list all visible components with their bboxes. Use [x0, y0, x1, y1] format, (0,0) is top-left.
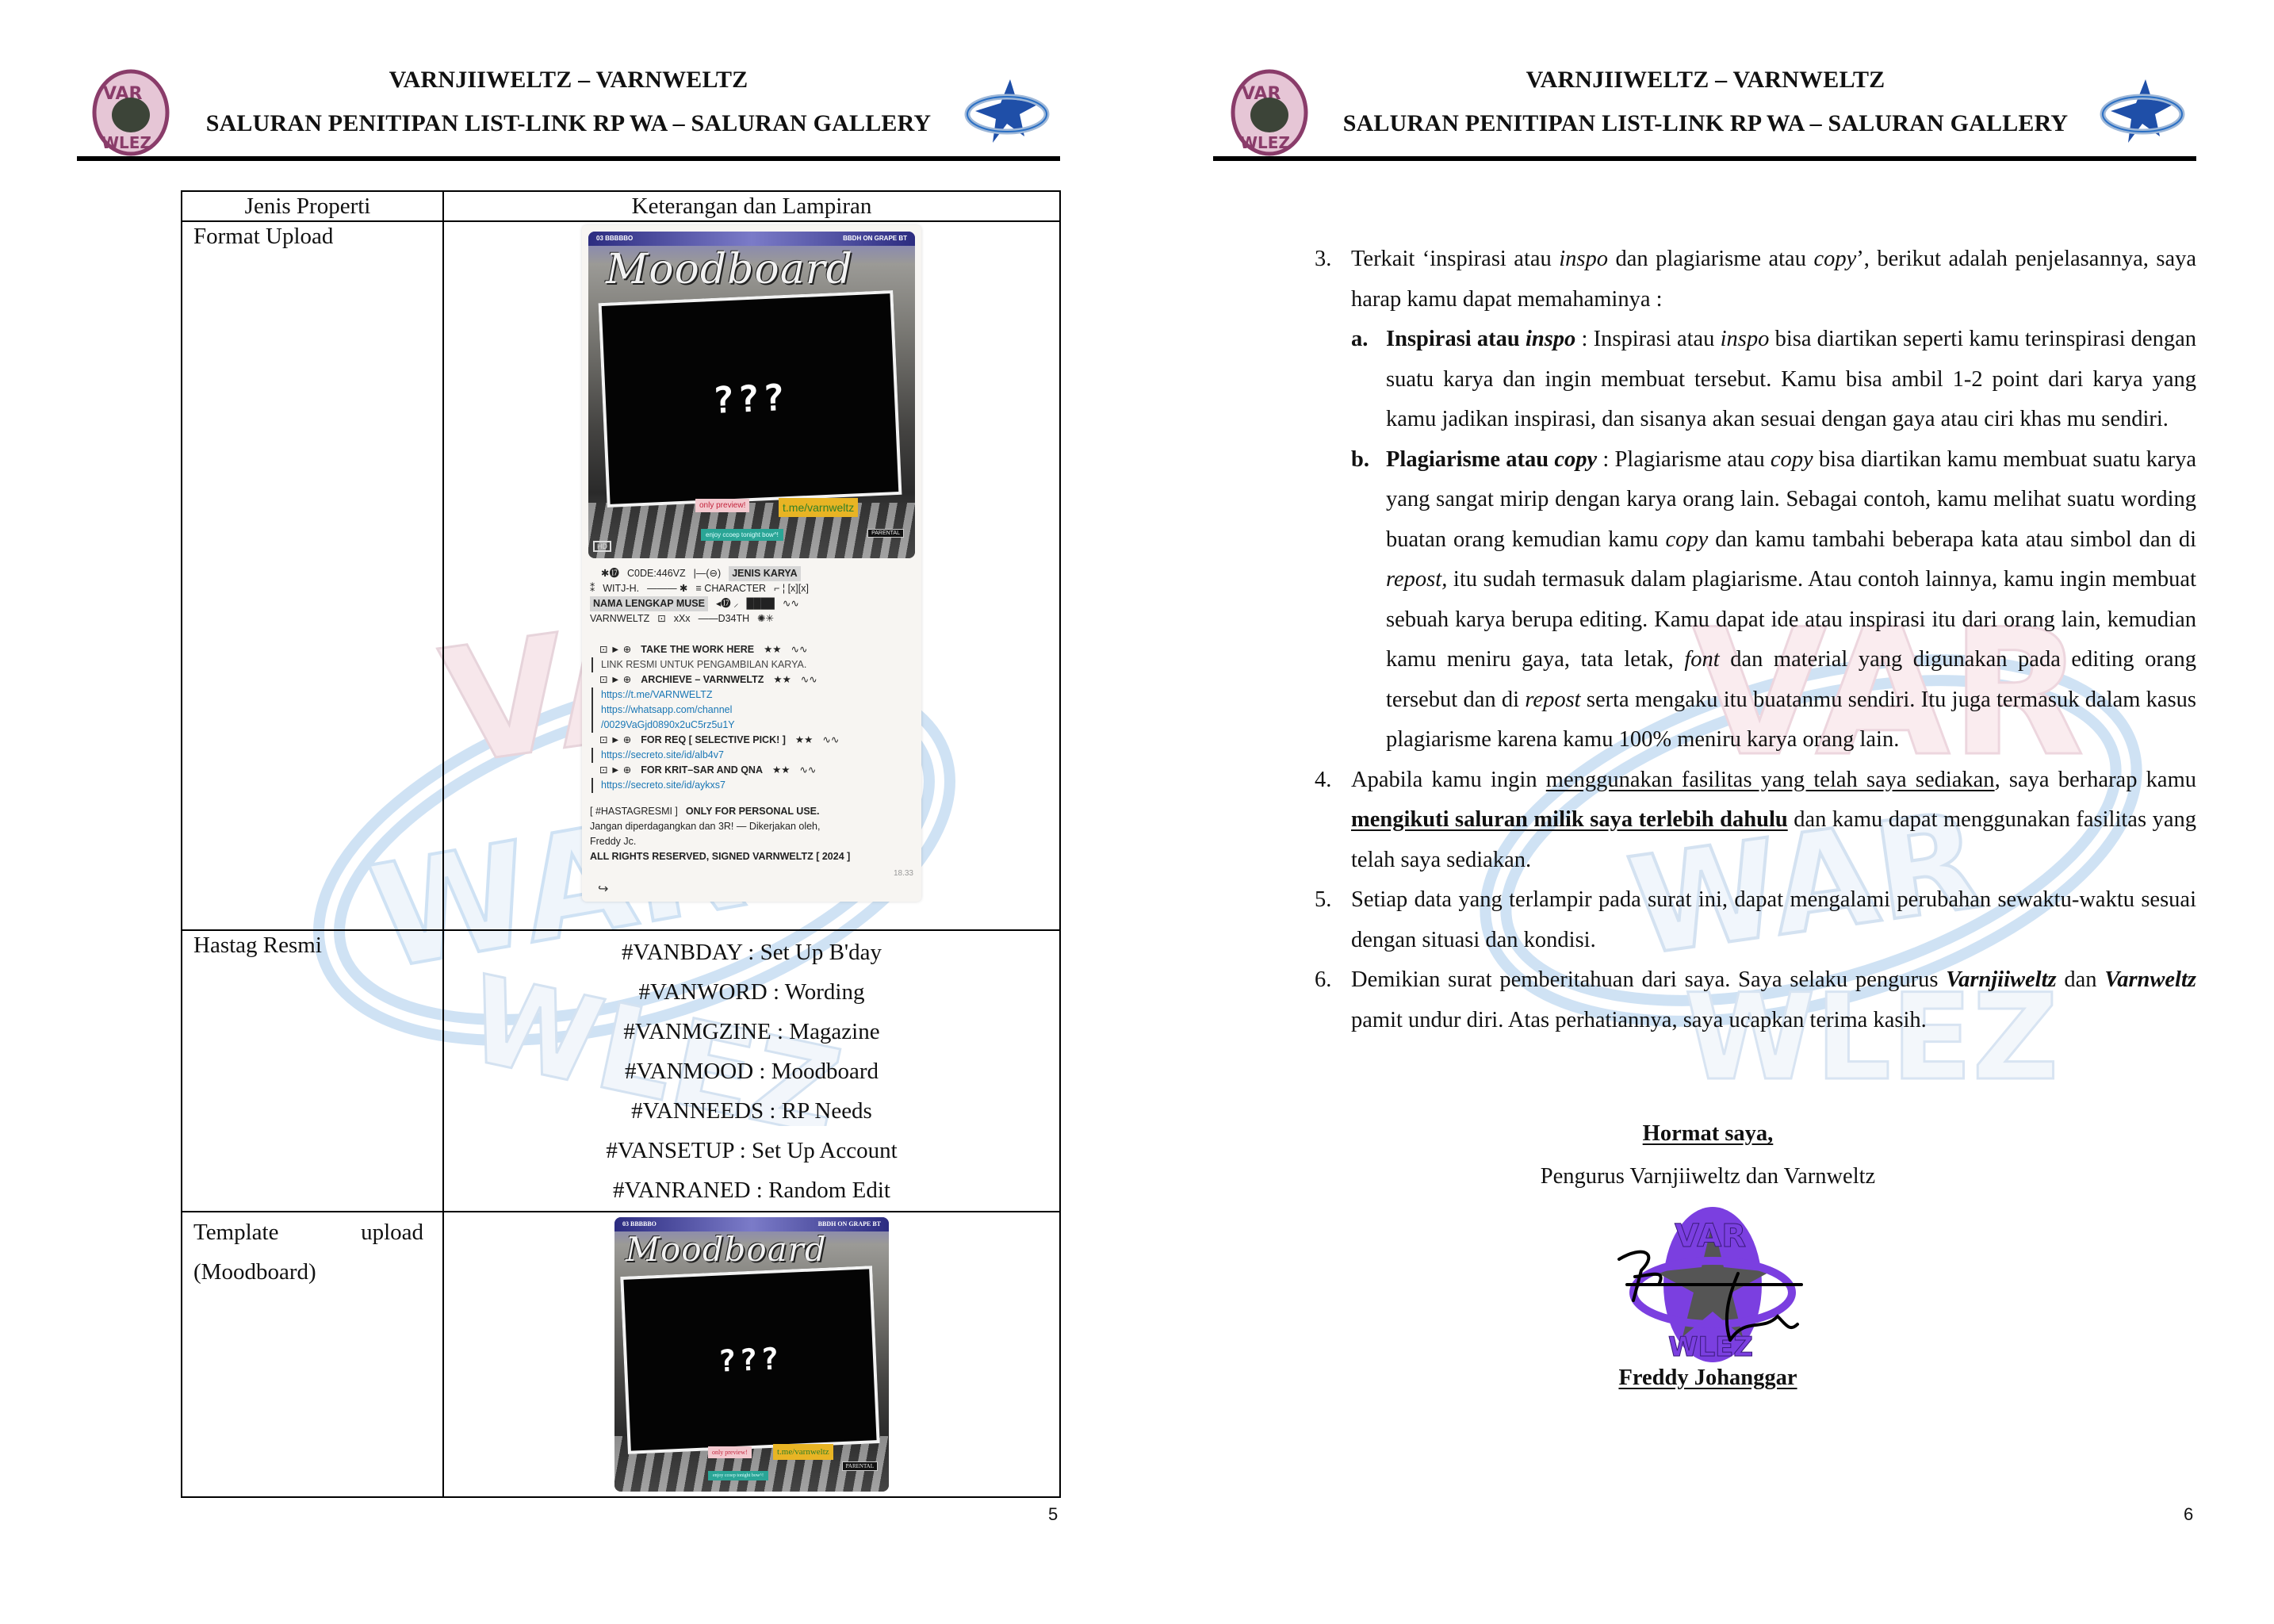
text: Demikian surat pemberitahuan dari saya. …	[1351, 967, 1946, 992]
item-number: 3.	[1315, 239, 1331, 280]
star-rating: ★★	[772, 763, 790, 778]
italic-text: repost,	[1386, 567, 1447, 592]
closing-role: Pengurus Varnjiiweltz dan Varnweltz	[1137, 1164, 2274, 1189]
text: Setiap data yang terlampir pada surat in…	[1351, 887, 2196, 952]
properties-table: Jenis Properti Keterangan dan Lampiran F…	[181, 190, 1061, 1498]
item-letter: a.	[1351, 320, 1368, 360]
character-text: ≡ CHARACTER	[696, 581, 767, 596]
moodboard-template-image: 03 BBBBBO BBDH ON GRAPE BT Moodboard ???…	[614, 1217, 889, 1492]
link-entry-header: ⊡ ► ⊕ARCHIEVE – VARNWELTZ★★∿∿	[590, 672, 913, 688]
bold-italic-text: copy	[1554, 447, 1597, 472]
image-icon: ⊡	[657, 611, 665, 626]
link-entry-header: ⊡ ► ⊕FOR KRIT–SAR AND QNA★★∿∿	[590, 763, 913, 778]
page-6: VAR WAR WLEZ VAR WLEZ VARNJIIWELTZ – VAR…	[1137, 0, 2274, 1624]
entry-bullet-icon: ⊡ ► ⊕	[599, 672, 631, 688]
moodboard-topbar-left: 03 BBBBBO	[596, 235, 633, 246]
underlined-text: menggunakan fasilitas yang telah saya se…	[1546, 768, 1995, 792]
closing-block: Hormat saya,	[1137, 1121, 2274, 1147]
url-link[interactable]: https://secreto.site/id/alb4v7	[601, 748, 913, 763]
telegram-link-tag: t.me/varnweltz	[779, 498, 858, 517]
only-preview-tag: only preview!	[695, 499, 749, 512]
signatory-name: Freddy Johanggar	[1618, 1365, 1797, 1391]
entry-links: https://secreto.site/id/alb4v7	[591, 748, 913, 763]
bold-italic-text: Varnjiiweltz	[1946, 967, 2056, 992]
xxx-text: xXx	[674, 611, 691, 626]
forward-icon[interactable]: ↪	[582, 878, 921, 902]
svg-text:VAR: VAR	[1675, 1218, 1746, 1254]
entry-links: https://t.me/VARNWELTZhttps://whatsapp.c…	[591, 688, 913, 733]
entry-links: LINK RESMI UNTUK PENGAMBILAN KARYA.	[591, 657, 913, 672]
entry-bullet-icon: ⊡ ► ⊕	[599, 763, 631, 778]
moodboard-topbar: 03 BBBBBO BBDH ON GRAPE BT	[588, 232, 915, 246]
list-item-4: 4. Apabila kamu ingin menggunakan fasili…	[1315, 760, 2196, 881]
hd-badge: HD	[593, 541, 611, 552]
text: , saya berharap kamu	[1995, 768, 2196, 792]
blocks-symbol: ████	[746, 596, 774, 611]
telegram-link-tag: t.me/varnweltz	[773, 1444, 833, 1460]
list-item-5: 5. Setiap data yang terlampir pada surat…	[1315, 880, 2196, 960]
dots-icon: ⁑	[590, 581, 595, 596]
moodboard-title: Moodboard	[626, 1230, 827, 1269]
table-row: Hastag Resmi #VANBDAY : Set Up B'day#VAN…	[182, 930, 1060, 1212]
parental-advisory-badge: PARENTAL	[867, 529, 904, 538]
caption-tag: enjoy ccoep tonight bow^!	[708, 1471, 768, 1480]
moodboard-topbar-right: BBDH ON GRAPE BT	[843, 235, 907, 246]
jenis-karya-badge: JENIS KARYA	[729, 566, 800, 581]
page-5: VAR WAR WLEZ VAR WLEZ VARNJIIWELTZ – VAR…	[0, 0, 1137, 1624]
entry-title: ARCHIEVE – VARNWELTZ	[641, 672, 764, 688]
message-time: 18.33	[582, 869, 921, 878]
entry-title: TAKE THE WORK HERE	[641, 642, 754, 657]
dash-line: ——— ✱	[647, 581, 687, 596]
arrow-symbol: ◂⓱ ⸝	[716, 596, 739, 611]
url-link[interactable]: https://secreto.site/id/aykxs7	[601, 778, 913, 793]
text: Apabila kamu ingin	[1351, 768, 1546, 792]
letter-body: 3. Terkait ‘inspirasi atau inspo dan pla…	[1315, 239, 2196, 1040]
varnweltz-star-logo-icon	[961, 79, 1052, 147]
bold-text: Inspirasi atau	[1386, 327, 1526, 351]
column-header-property: Jenis Properti	[182, 191, 443, 221]
link-entry-header: ⊡ ► ⊕FOR REQ [ SELECTIVE PICK! ]★★∿∿	[590, 733, 913, 748]
italic-text: font	[1684, 647, 1719, 672]
text: Terkait ‘inspirasi atau	[1351, 247, 1559, 271]
wave-icon: ∿∿	[783, 596, 799, 611]
item-number: 6.	[1315, 960, 1331, 1001]
footer-line: Jangan diperdagangkan dan 3R! — Dikerjak…	[590, 819, 913, 834]
bold-text: Plagiarisme atau	[1386, 447, 1554, 472]
only-preview-tag: only preview!	[708, 1446, 752, 1458]
entry-title: FOR REQ [ SELECTIVE PICK! ]	[641, 733, 786, 748]
item-number: 5.	[1315, 880, 1331, 921]
url-link[interactable]: https://whatsapp.com/channel	[601, 703, 913, 718]
divider-symbol: |—(⊖)	[694, 566, 722, 581]
moodboard-post-card: 03 BBBBBO BBDH ON GRAPE BT Moodboard ???…	[582, 225, 921, 902]
hashtag-item: #VANMOOD : Moodboard	[444, 1051, 1059, 1091]
header-rule	[77, 156, 1060, 161]
table-row: Format Upload 03 BBBBBO BBDH ON GRAPE BT…	[182, 221, 1060, 930]
text: dan	[2057, 967, 2105, 992]
signatory-block: Freddy Johanggar	[1137, 1365, 2274, 1391]
star-rating: ★★	[795, 733, 813, 748]
list-item-3a: a. Inspirasi atau inspo : Inspirasi atau…	[1351, 320, 2196, 440]
moodboard-placeholder: ???	[718, 1341, 783, 1378]
asterisk-badge-icon: ✱⓱	[601, 566, 619, 581]
entry-title: FOR KRIT–SAR AND QNA	[641, 763, 763, 778]
hashtag-label: [ #HASTAGRESMI ]	[590, 804, 678, 819]
row-label-moodboard: (Moodboard)	[182, 1252, 433, 1292]
wave-icon: ∿∿	[799, 763, 816, 778]
star-rating: ★★	[764, 642, 781, 657]
entry-bullet-icon: ⊡ ► ⊕	[599, 733, 631, 748]
post-caption: ✱⓱ C0DE:446VZ |—(⊖) JENIS KARYA ⁑ WITJ-H…	[582, 552, 921, 869]
italic-text: copy	[1771, 447, 1813, 472]
row-label-template-upload: Template upload	[182, 1212, 433, 1252]
moodboard-image: 03 BBBBBO BBDH ON GRAPE BT Moodboard ???…	[588, 232, 915, 558]
list-item-3b: b. Plagiarisme atau copy : Plagiarisme a…	[1351, 440, 2196, 760]
caption-tag: enjoy ccoep tonight bow^!	[701, 529, 783, 541]
list-item-6: 6. Demikian surat pemberitahuan dari say…	[1315, 960, 2196, 1040]
item-letter: b.	[1351, 440, 1369, 481]
table-row: Template upload (Moodboard) 03 BBBBBO BB…	[182, 1212, 1060, 1497]
hashtag-list: #VANBDAY : Set Up B'day#VANWORD : Wordin…	[444, 931, 1059, 1210]
parental-advisory-badge: PARENTAL	[842, 1461, 878, 1471]
footer-author: Freddy Jc.	[590, 834, 913, 849]
text: dan plagiarisme atau	[1608, 247, 1813, 271]
row-label-format-upload: Format Upload	[182, 222, 433, 251]
closing-greeting: Hormat saya,	[1643, 1121, 1774, 1147]
table-header-row: Jenis Properti Keterangan dan Lampiran	[182, 191, 1060, 221]
sparkle-icon: ✺✳	[757, 611, 774, 626]
death-text: ——D34TH	[699, 611, 750, 626]
column-header-description: Keterangan dan Lampiran	[443, 191, 1060, 221]
text: pamit undur diri. Atas perhatiannya, say…	[1351, 1008, 1927, 1032]
hashtag-item: #VANSETUP : Set Up Account	[444, 1131, 1059, 1170]
italic-text: copy	[1813, 247, 1856, 271]
bold-underlined-text: mengikuti saluran milik saya terlebih da…	[1351, 807, 1788, 832]
entry-bullet-icon: ⊡ ► ⊕	[599, 642, 631, 657]
moodboard-photo-frame: ???	[620, 1266, 879, 1454]
svg-text:WLEZ: WLEZ	[1668, 1331, 1753, 1363]
bold-italic-text: inspo	[1526, 327, 1575, 351]
hashtag-item: #VANMGZINE : Magazine	[444, 1012, 1059, 1051]
star-rating: ★★	[773, 672, 791, 688]
moodboard-title: Moodboard	[606, 246, 853, 293]
wave-icon: ∿∿	[822, 733, 839, 748]
url-link[interactable]: https://t.me/VARNWELTZ	[601, 688, 913, 703]
moodboard-placeholder: ???	[711, 376, 788, 422]
entry-description: LINK RESMI UNTUK PENGAMBILAN KARYA.	[601, 657, 913, 672]
wave-icon: ∿∿	[801, 672, 817, 688]
link-entries: ⊡ ► ⊕TAKE THE WORK HERE★★∿∿LINK RESMI UN…	[590, 642, 913, 793]
witj-text: WITJ-H.	[603, 581, 639, 596]
entry-links: https://secreto.site/id/aykxs7	[591, 778, 913, 793]
page-number: 5	[1048, 1504, 1058, 1525]
text: : Inspirasi atau	[1575, 327, 1720, 351]
code-text: C0DE:446VZ	[627, 566, 686, 581]
hashtag-item: #VANBDAY : Set Up B'day	[444, 933, 1059, 972]
italic-text: inspo	[1721, 327, 1770, 351]
box-symbols: ⌐ ¦ [x][x]	[774, 581, 809, 596]
personal-use-text: ONLY FOR PERSONAL USE.	[686, 804, 820, 819]
italic-text: copy	[1665, 527, 1708, 552]
hashtag-item: #VANNEEDS : RP Needs	[444, 1091, 1059, 1131]
wave-icon: ∿∿	[791, 642, 808, 657]
link-entry-header: ⊡ ► ⊕TAKE THE WORK HERE★★∿∿	[590, 642, 913, 657]
varnweltz-star-logo-icon	[2096, 79, 2188, 147]
moodboard-topbar-right: BBDH ON GRAPE BT	[818, 1220, 881, 1231]
url-link[interactable]: /0029VaGjd0890x2uC5rz5u1Y	[601, 718, 913, 733]
nama-muse-badge: NAMA LENGKAP MUSE	[590, 596, 708, 611]
item-number: 4.	[1315, 760, 1331, 801]
varnweltz-text: VARNWELTZ	[590, 611, 649, 626]
text: : Plagiarisme atau	[1597, 447, 1771, 472]
signature-stamp-logo-icon: VAR WLEZ	[1611, 1197, 1809, 1372]
hashtag-item: #VANWORD : Wording	[444, 972, 1059, 1012]
header-rule	[1213, 156, 2196, 161]
hashtag-item: #VANRANED : Random Edit	[444, 1170, 1059, 1210]
list-item-3: 3. Terkait ‘inspirasi atau inspo dan pla…	[1315, 239, 2196, 320]
moodboard-photo-frame: ???	[599, 290, 902, 507]
bold-italic-text: Varnweltz	[2104, 967, 2196, 992]
text: dan kamu tambahi beberapa kata atau simb…	[1708, 527, 2196, 552]
italic-text: repost	[1525, 688, 1580, 712]
page-number: 6	[2184, 1504, 2193, 1525]
row-label-hastag-resmi: Hastag Resmi	[182, 931, 433, 959]
rights-reserved-text: ALL RIGHTS RESERVED, SIGNED VARNWELTZ [ …	[590, 849, 913, 864]
italic-text: inspo	[1559, 247, 1608, 271]
